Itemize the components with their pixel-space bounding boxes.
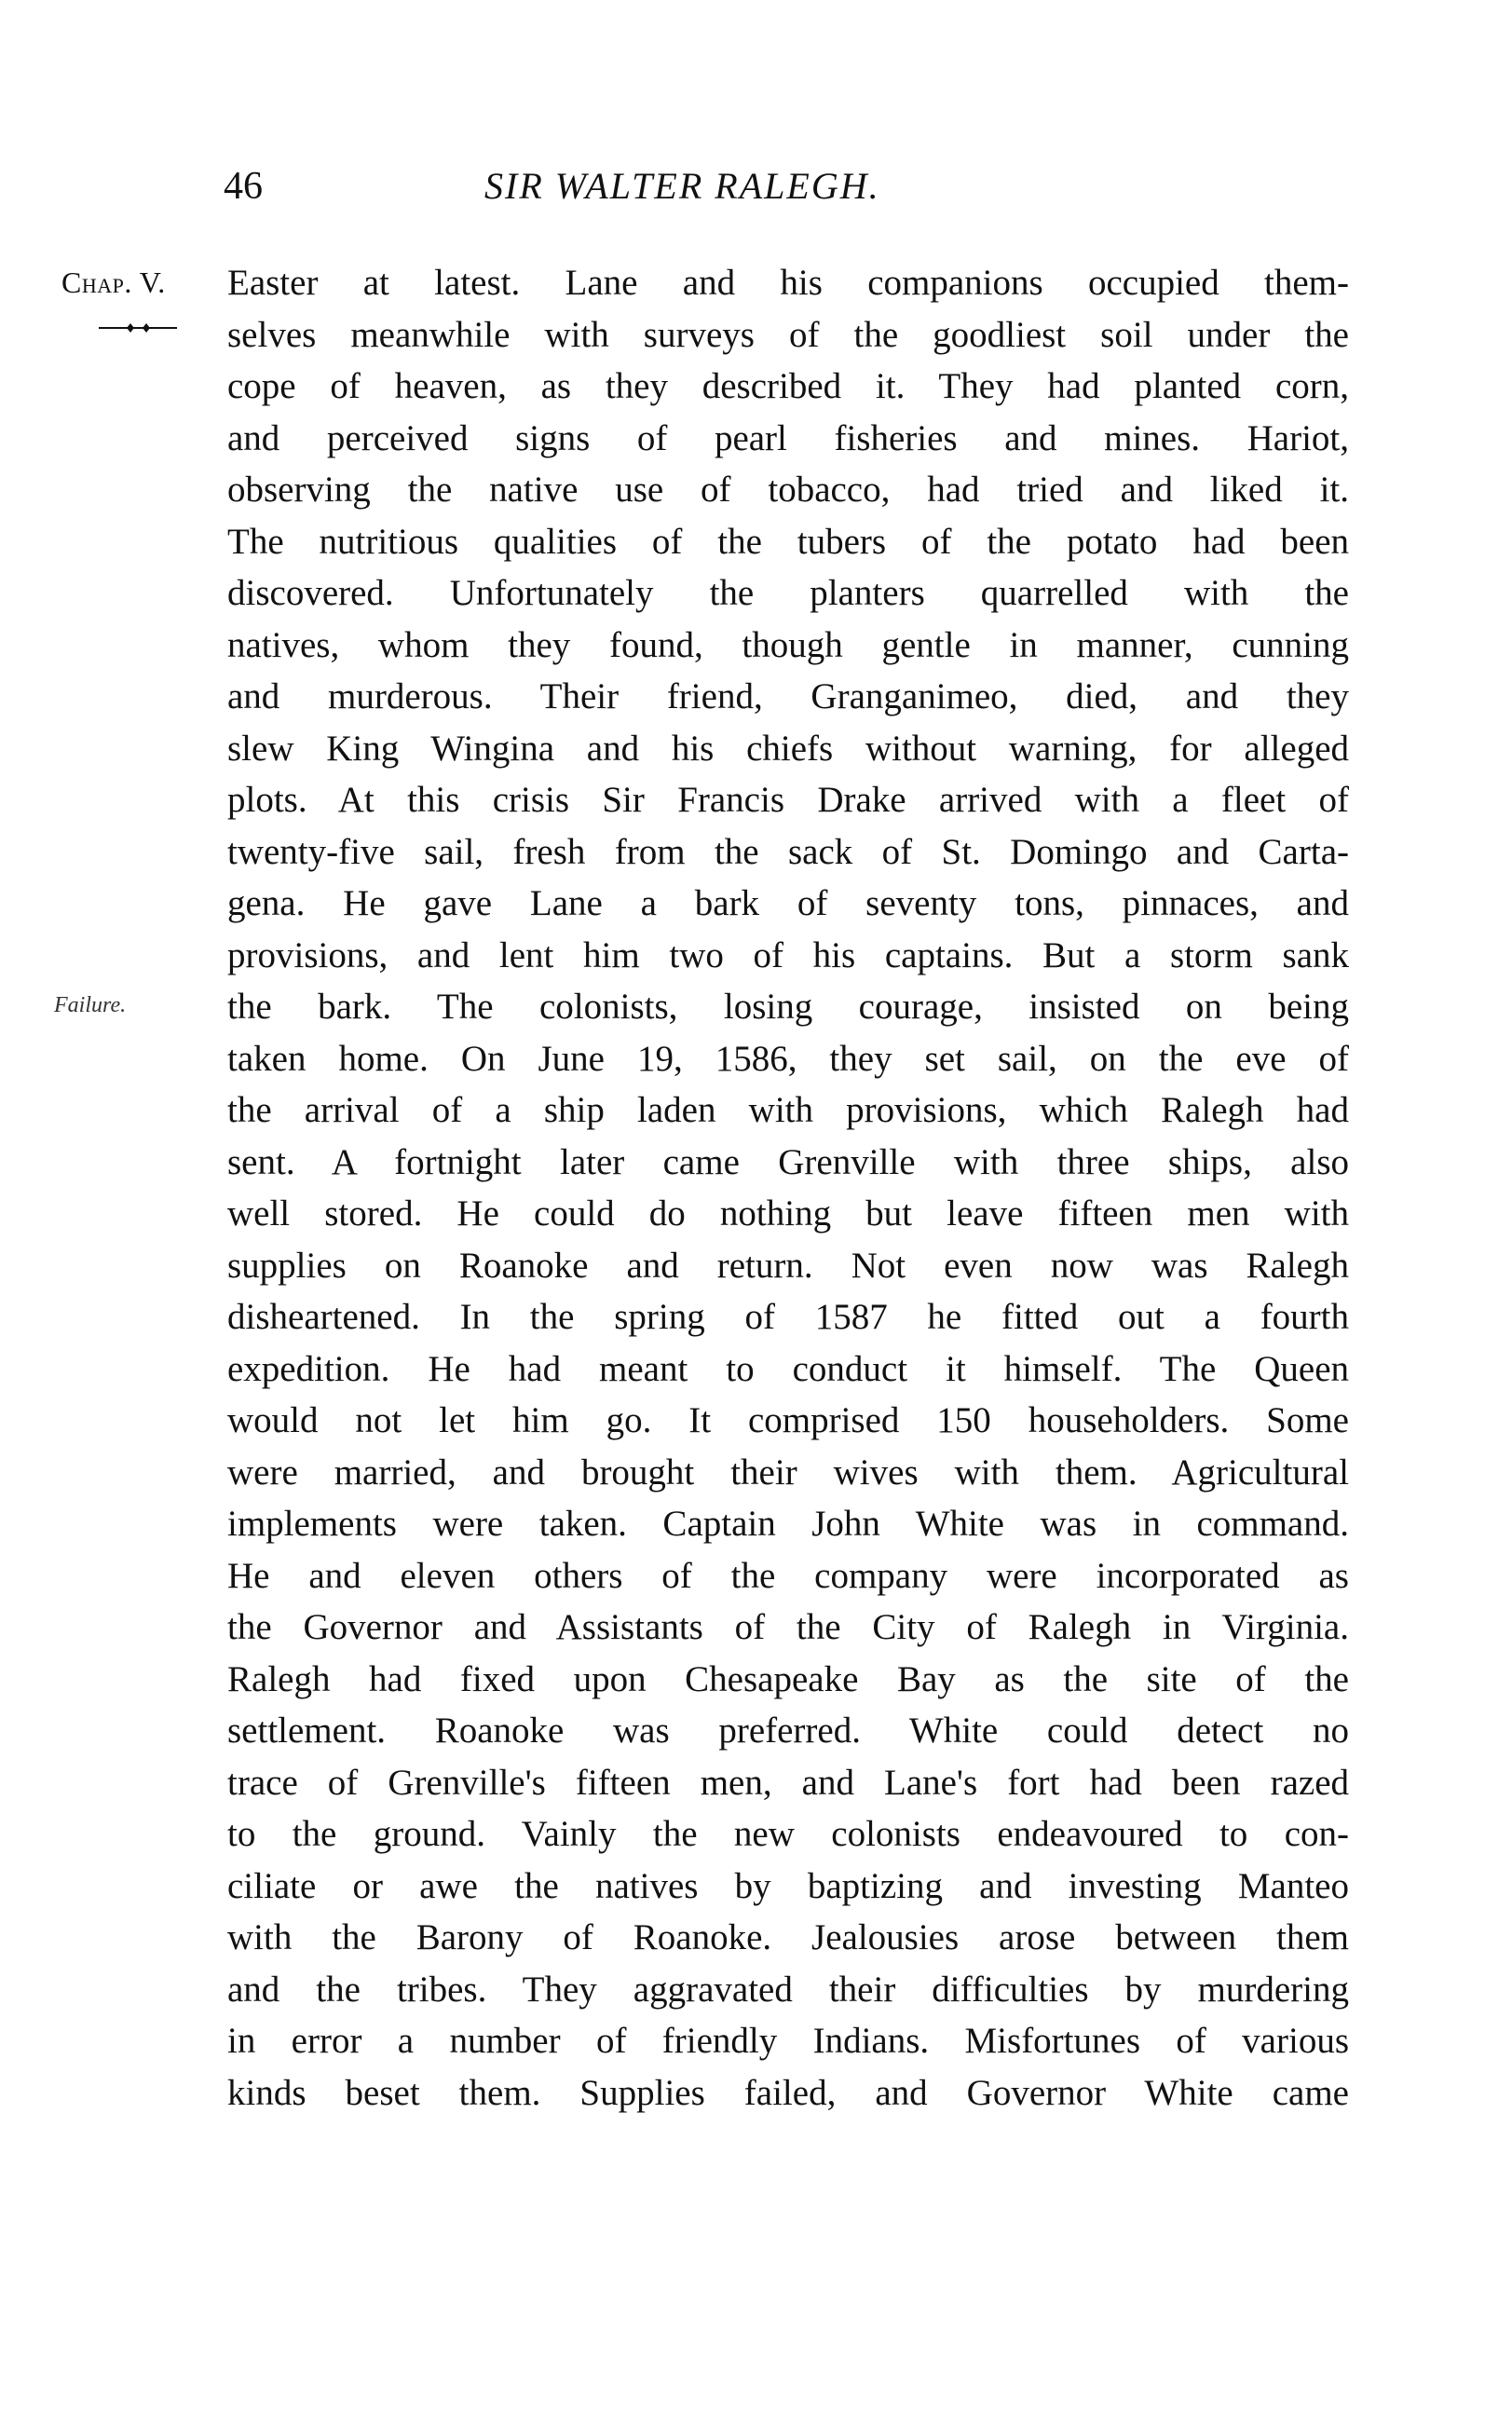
text-line: plots. At this crisis Sir Francis Drake … xyxy=(227,774,1349,826)
text-line: disheartened. In the spring of 1587 he f… xyxy=(227,1291,1349,1343)
text-line: discovered. Unfortunately the planters q… xyxy=(227,567,1349,620)
text-line: provisions, and lent him two of his capt… xyxy=(227,930,1349,982)
text-line: Ralegh had fixed upon Chesapeake Bay as … xyxy=(227,1654,1349,1706)
page-number: 46 xyxy=(224,160,263,212)
text-line: were married, and brought their wives wi… xyxy=(227,1447,1349,1499)
text-line: would not let him go. It comprised 150 h… xyxy=(227,1395,1349,1447)
text-line: twenty-five sail, fresh from the sack of… xyxy=(227,826,1349,879)
text-line: and perceived signs of pearl fisheries a… xyxy=(227,413,1349,465)
text-line: with the Barony of Roanoke. Jealousies a… xyxy=(227,1912,1349,1964)
body-text: Easter at latest. Lane and his companion… xyxy=(227,257,1349,2119)
text-line: sent. A fortnight later came Grenville w… xyxy=(227,1137,1349,1189)
chapter-label-text: Chap. V. xyxy=(61,266,166,299)
text-line: gena. He gave Lane a bark of seventy ton… xyxy=(227,878,1349,930)
text-line: well stored. He could do nothing but lea… xyxy=(227,1188,1349,1240)
ornament-rule-icon xyxy=(99,322,177,334)
text-line: and the tribes. They aggravated their di… xyxy=(227,1964,1349,2016)
text-line: He and eleven others of the company were… xyxy=(227,1550,1349,1602)
text-line: natives, whom they found, though gentle … xyxy=(227,620,1349,672)
text-line: the Governor and Assistants of the City … xyxy=(227,1602,1349,1654)
sidenote-failure: Failure. xyxy=(54,980,126,1032)
text-line: the arrival of a ship laden with provisi… xyxy=(227,1084,1349,1137)
text-line: the bark. The colonists, losing courage,… xyxy=(227,981,1349,1033)
text-line: observing the native use of tobacco, had… xyxy=(227,464,1349,516)
text-line: trace of Grenville's fifteen men, and La… xyxy=(227,1757,1349,1809)
text-line: taken home. On June 19, 1586, they set s… xyxy=(227,1033,1349,1085)
text-line: expedition. He had meant to conduct it h… xyxy=(227,1343,1349,1396)
text-line: supplies on Roanoke and return. Not even… xyxy=(227,1240,1349,1292)
text-line: implements were taken. Captain John Whit… xyxy=(227,1498,1349,1550)
text-line: and murderous. Their friend, Granganimeo… xyxy=(227,671,1349,723)
text-line: to the ground. Vainly the new colonists … xyxy=(227,1808,1349,1861)
running-title: SIR WALTER RALEGH. xyxy=(484,160,1043,212)
text-line: in error a number of friendly Indians. M… xyxy=(227,2015,1349,2067)
text-line: Easter at latest. Lane and his companion… xyxy=(227,257,1349,309)
chapter-label: Chap. V. xyxy=(61,257,166,309)
text-line: The nutritious qualities of the tubers o… xyxy=(227,516,1349,568)
text-line: kinds beset them. Supplies failed, and G… xyxy=(227,2067,1349,2120)
text-line: ciliate or awe the natives by baptizing … xyxy=(227,1861,1349,1913)
text-line: cope of heaven, as they described it. Th… xyxy=(227,361,1349,413)
text-line: slew King Wingina and his chiefs without… xyxy=(227,723,1349,775)
text-line: settlement. Roanoke was preferred. White… xyxy=(227,1705,1349,1757)
text-line: selves meanwhile with surveys of the goo… xyxy=(227,309,1349,361)
